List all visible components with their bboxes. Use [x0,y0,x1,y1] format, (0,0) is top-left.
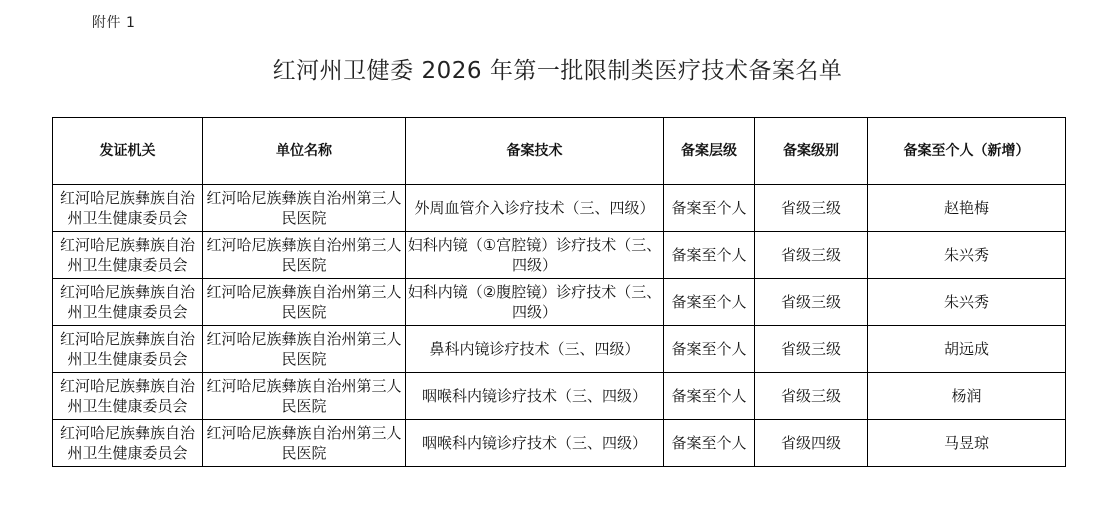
table-row: 红河哈尼族彝族自治州卫生健康委员会 红河哈尼族彝族自治州第三人民医院 外周血管介… [53,185,1066,232]
header-person: 备案至个人（新增） [868,118,1066,185]
record-table: 发证机关 单位名称 备案技术 备案层级 备案级别 备案至个人（新增） 红河哈尼族… [52,117,1066,467]
cell-issuer: 红河哈尼族彝族自治州卫生健康委员会 [53,326,203,373]
cell-person: 马昱琼 [868,420,1066,467]
attachment-label: 附件 1 [92,12,135,32]
cell-person: 朱兴秀 [868,232,1066,279]
cell-issuer: 红河哈尼族彝族自治州卫生健康委员会 [53,185,203,232]
cell-issuer: 红河哈尼族彝族自治州卫生健康委员会 [53,279,203,326]
cell-unit: 红河哈尼族彝族自治州第三人民医院 [203,420,406,467]
cell-person: 胡远成 [868,326,1066,373]
cell-unit: 红河哈尼族彝族自治州第三人民医院 [203,373,406,420]
cell-grade: 省级四级 [755,420,868,467]
table-row: 红河哈尼族彝族自治州卫生健康委员会 红河哈尼族彝族自治州第三人民医院 咽喉科内镜… [53,420,1066,467]
cell-person: 赵艳梅 [868,185,1066,232]
cell-technique: 妇科内镜（②腹腔镜）诊疗技术（三、四级） [406,279,664,326]
document-title: 红河州卫健委 2026 年第一批限制类医疗技术备案名单 [0,52,1111,85]
table-row: 红河哈尼族彝族自治州卫生健康委员会 红河哈尼族彝族自治州第三人民医院 咽喉科内镜… [53,373,1066,420]
cell-person: 杨润 [868,373,1066,420]
cell-record-level: 备案至个人 [664,373,755,420]
cell-grade: 省级三级 [755,232,868,279]
cell-technique: 鼻科内镜诊疗技术（三、四级） [406,326,664,373]
cell-issuer: 红河哈尼族彝族自治州卫生健康委员会 [53,420,203,467]
cell-grade: 省级三级 [755,373,868,420]
header-record-level: 备案层级 [664,118,755,185]
cell-grade: 省级三级 [755,279,868,326]
cell-person: 朱兴秀 [868,279,1066,326]
cell-record-level: 备案至个人 [664,279,755,326]
cell-technique: 咽喉科内镜诊疗技术（三、四级） [406,420,664,467]
cell-grade: 省级三级 [755,185,868,232]
table-header-row: 发证机关 单位名称 备案技术 备案层级 备案级别 备案至个人（新增） [53,118,1066,185]
cell-technique: 咽喉科内镜诊疗技术（三、四级） [406,373,664,420]
cell-record-level: 备案至个人 [664,326,755,373]
header-grade: 备案级别 [755,118,868,185]
cell-unit: 红河哈尼族彝族自治州第三人民医院 [203,185,406,232]
cell-issuer: 红河哈尼族彝族自治州卫生健康委员会 [53,373,203,420]
table-row: 红河哈尼族彝族自治州卫生健康委员会 红河哈尼族彝族自治州第三人民医院 鼻科内镜诊… [53,326,1066,373]
table-row: 红河哈尼族彝族自治州卫生健康委员会 红河哈尼族彝族自治州第三人民医院 妇科内镜（… [53,279,1066,326]
header-issuer: 发证机关 [53,118,203,185]
cell-unit: 红河哈尼族彝族自治州第三人民医院 [203,232,406,279]
cell-unit: 红河哈尼族彝族自治州第三人民医院 [203,279,406,326]
cell-issuer: 红河哈尼族彝族自治州卫生健康委员会 [53,232,203,279]
cell-record-level: 备案至个人 [664,420,755,467]
cell-record-level: 备案至个人 [664,232,755,279]
cell-technique: 外周血管介入诊疗技术（三、四级） [406,185,664,232]
cell-grade: 省级三级 [755,326,868,373]
cell-record-level: 备案至个人 [664,185,755,232]
header-unit: 单位名称 [203,118,406,185]
cell-technique: 妇科内镜（①宫腔镜）诊疗技术（三、四级） [406,232,664,279]
header-technique: 备案技术 [406,118,664,185]
table-row: 红河哈尼族彝族自治州卫生健康委员会 红河哈尼族彝族自治州第三人民医院 妇科内镜（… [53,232,1066,279]
cell-unit: 红河哈尼族彝族自治州第三人民医院 [203,326,406,373]
